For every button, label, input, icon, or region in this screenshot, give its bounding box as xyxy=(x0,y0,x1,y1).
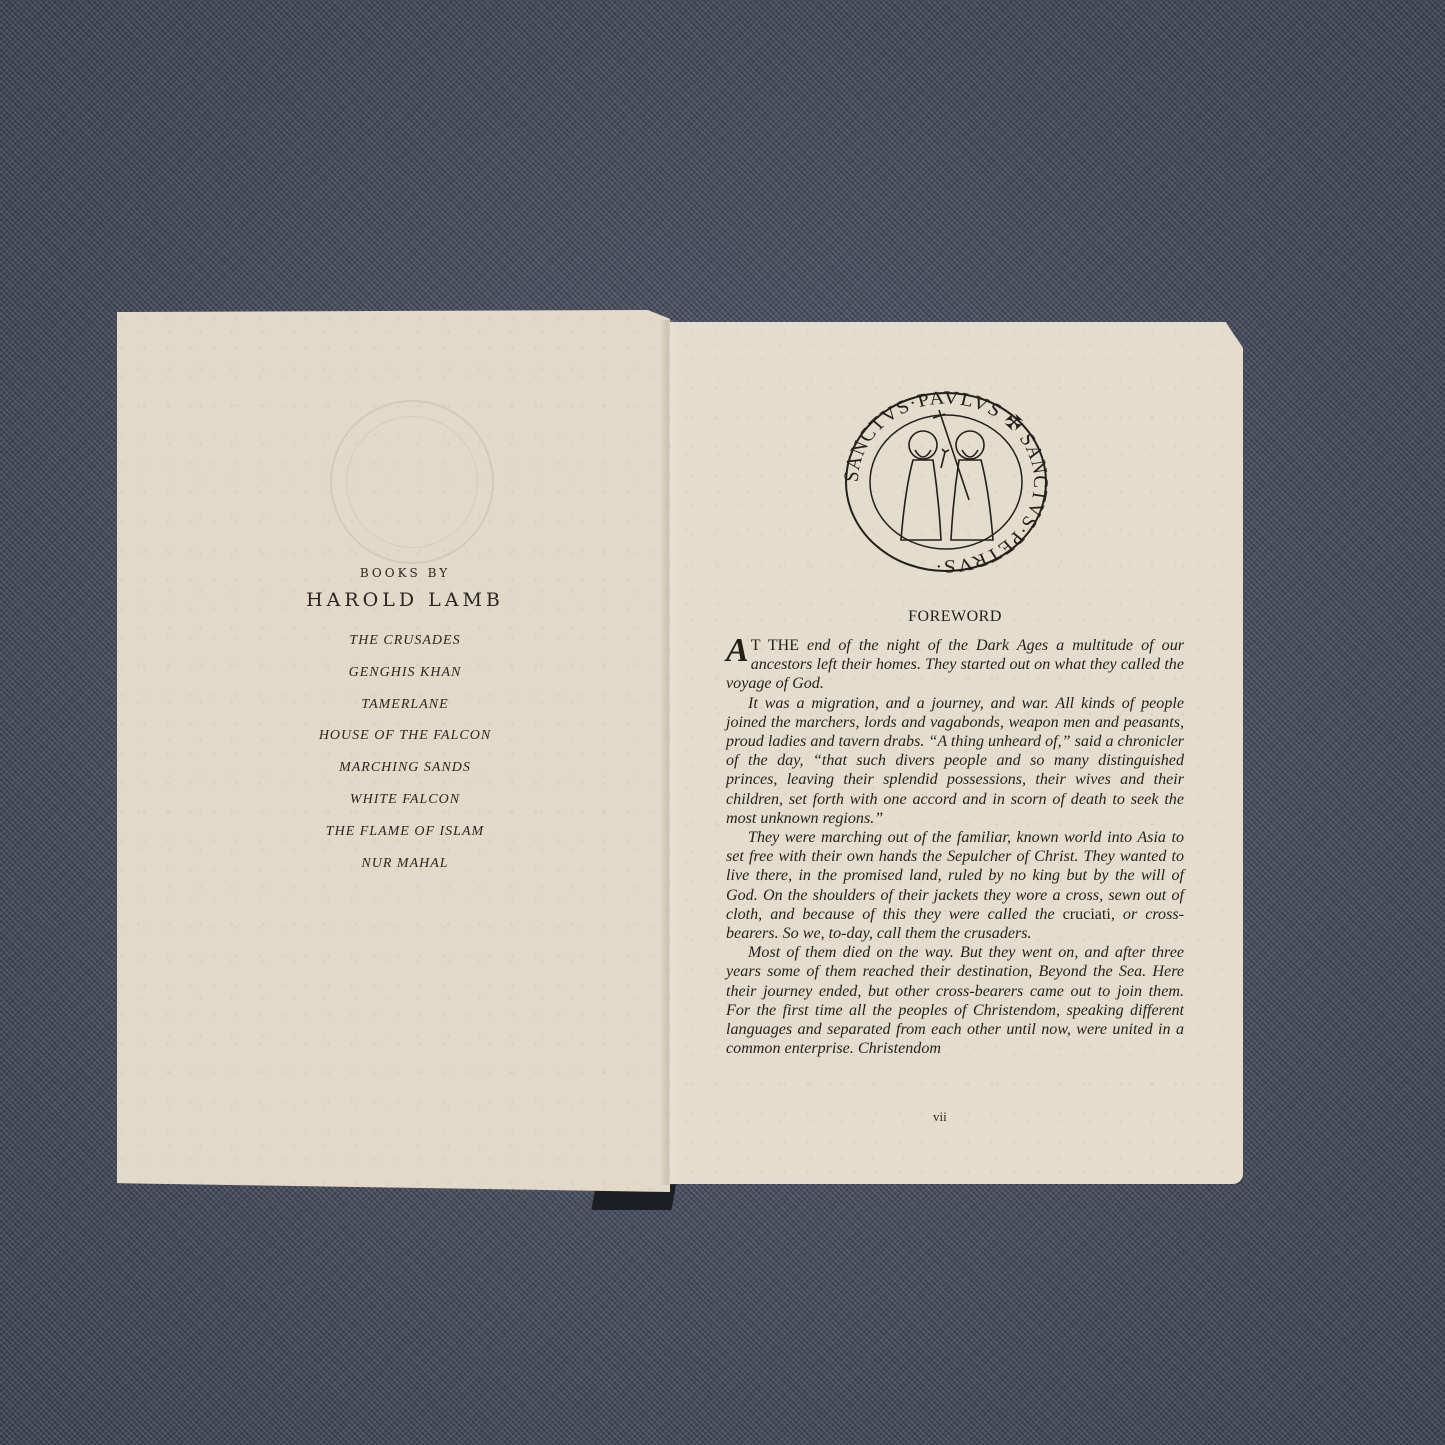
books-by-list: BOOKS BY HAROLD LAMB THE CRUSADES GENGHI… xyxy=(290,566,520,885)
book-title: NUR MAHAL xyxy=(290,854,520,886)
book-title: THE FLAME OF ISLAM xyxy=(290,822,520,854)
latin-term: cruciati xyxy=(1063,906,1111,923)
paragraph: They were marching out of the familiar, … xyxy=(726,828,1184,943)
seal-saints-icon: SANCTVS·PAVLVS ✠ SANCTVS·PETRVS· xyxy=(843,390,1049,574)
lead-in: T THE xyxy=(751,637,799,654)
book-title: HOUSE OF THE FALCON xyxy=(290,726,520,758)
open-book: BOOKS BY HAROLD LAMB THE CRUSADES GENGHI… xyxy=(0,0,1445,1445)
paragraph: Most of them died on the way. But they w… xyxy=(726,943,1184,1058)
foreword-body: AT THE end of the night of the Dark Ages… xyxy=(726,636,1184,1058)
paragraph: AT THE end of the night of the Dark Ages… xyxy=(726,636,1184,694)
svg-text:SANCTVS·PAVLVS ✠ SANCTVS·PETRV: SANCTVS·PAVLVS ✠ SANCTVS·PETRVS· xyxy=(843,390,1049,574)
page-number: vii xyxy=(933,1109,947,1125)
book-title: THE CRUSADES xyxy=(290,631,520,663)
books-by-heading: BOOKS BY xyxy=(290,566,520,580)
book-title: WHITE FALCON xyxy=(290,790,520,822)
author-name: HAROLD LAMB xyxy=(290,589,520,611)
book-title: GENGHIS KHAN xyxy=(290,663,520,695)
drop-cap: A xyxy=(726,638,749,664)
foreword-section: FOREWORD AT THE end of the night of the … xyxy=(726,608,1184,1058)
book-title: MARCHING SANDS xyxy=(290,758,520,790)
book-title: TAMERLANE xyxy=(290,695,520,727)
foreword-title: FOREWORD xyxy=(726,608,1184,626)
paragraph: It was a migration, and a journey, and w… xyxy=(726,694,1184,828)
book-gutter xyxy=(660,320,678,1185)
show-through-seal-icon xyxy=(330,400,494,564)
book-titles: THE CRUSADES GENGHIS KHAN TAMERLANE HOUS… xyxy=(290,631,520,885)
